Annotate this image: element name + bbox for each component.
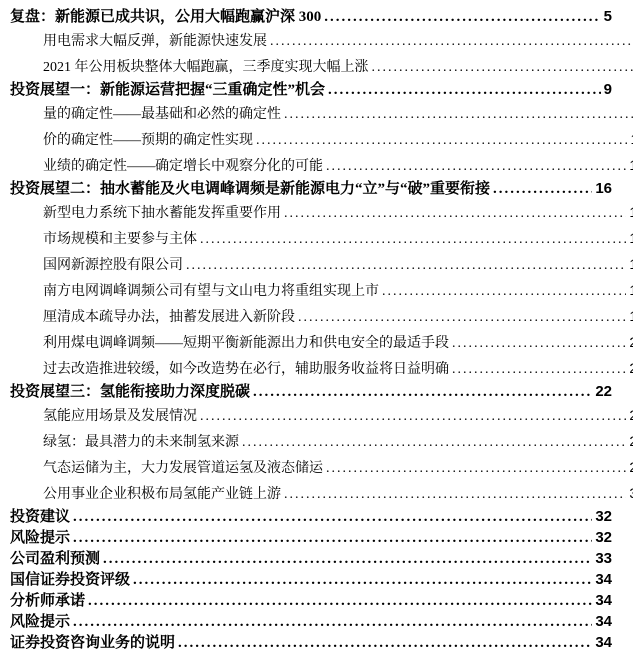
toc-entry[interactable]: 南方电网调峰调频公司有望与文山电力将重组实现上市 19 [10, 277, 633, 303]
toc-page-number: 34 [595, 632, 612, 653]
toc-page-number: 21 [629, 329, 633, 355]
toc-page-number: 13 [629, 152, 633, 178]
toc-dot-leader [178, 633, 592, 654]
toc-entry[interactable]: 价的确定性——预期的确定性实现 11 [10, 126, 633, 152]
toc-page-number: 23 [629, 402, 633, 428]
toc-dot-leader [298, 305, 626, 331]
toc-entry[interactable]: 风险提示 32 [10, 527, 612, 548]
toc-entry-title: 证券投资咨询业务的说明 [10, 633, 175, 654]
toc-page-number: 5 [604, 6, 612, 27]
toc-entry-title: 风险提示 [10, 528, 70, 549]
toc-entry[interactable]: 市场规模和主要参与主体 17 [10, 225, 633, 251]
toc-entry[interactable]: 公用事业企业积极布局氢能产业链上游 30 [10, 480, 633, 506]
toc-page-number: 19 [629, 277, 633, 303]
toc-page-number: 22 [629, 355, 633, 381]
toc-page-number: 32 [595, 506, 612, 527]
toc-entry-title: 公司盈利预测 [10, 549, 100, 570]
toc-dot-leader [242, 430, 626, 456]
toc-entry[interactable]: 气态运储为主，大力发展管道运氢及液态储运 29 [10, 454, 633, 480]
toc-dot-leader [73, 612, 592, 633]
toc-entry-title: 量的确定性——最基础和必然的确定性 [43, 102, 281, 128]
toc-dot-leader [186, 253, 626, 279]
toc-page-number: 16 [629, 199, 633, 225]
toc-entry-title: 新型电力系统下抽水蓄能发挥重要作用 [43, 201, 281, 227]
toc-entry[interactable]: 国信证券投资评级 34 [10, 569, 612, 590]
toc-page-number: 9 [604, 79, 612, 100]
toc-entry[interactable]: 国网新源控股有限公司 18 [10, 251, 633, 277]
toc-entry[interactable]: 公司盈利预测 33 [10, 548, 612, 569]
table-of-contents: 复盘：新能源已成共识，公用大幅跑赢沪深 300 5 用电需求大幅反弹，新能源快速… [10, 6, 612, 653]
toc-dot-leader [256, 128, 627, 154]
toc-entry-title: 厘清成本疏导办法，抽蓄发展进入新阶段 [43, 305, 295, 331]
toc-entry-title: 价的确定性——预期的确定性实现 [43, 128, 253, 154]
toc-page-number: 16 [595, 178, 612, 199]
toc-entry-title: 复盘：新能源已成共识，公用大幅跑赢沪深 300 [10, 7, 321, 28]
toc-dot-leader [200, 227, 626, 253]
toc-entry[interactable]: 投资展望三：氢能衔接助力深度脱碳 22 [10, 381, 612, 402]
toc-entry-title: 投资展望一：新能源运营把握“三重确定性”机会 [10, 80, 325, 101]
toc-entry-title: 利用煤电调峰调频——短期平衡新能源出力和供电安全的最适手段 [43, 331, 449, 357]
toc-entry[interactable]: 复盘：新能源已成共识，公用大幅跑赢沪深 300 5 [10, 6, 612, 27]
toc-page-number: 34 [595, 611, 612, 632]
toc-dot-leader [324, 7, 600, 28]
toc-dot-leader [382, 279, 626, 305]
toc-entry[interactable]: 业绩的确定性——确定增长中观察分化的可能 13 [10, 152, 633, 178]
toc-entry[interactable]: 过去改造推进较缓，如今改造势在必行，辅助服务收益将日益明确 22 [10, 355, 633, 381]
toc-dot-leader [284, 482, 626, 508]
toc-entry[interactable]: 利用煤电调峰调频——短期平衡新能源出力和供电安全的最适手段 21 [10, 329, 633, 355]
toc-dot-leader [372, 55, 633, 81]
toc-entry-title: 气态运储为主，大力发展管道运氢及液态储运 [43, 456, 323, 482]
toc-entry-title: 南方电网调峰调频公司有望与文山电力将重组实现上市 [43, 279, 379, 305]
toc-page-number: 32 [595, 527, 612, 548]
toc-entry-title: 2021 年公用板块整体大幅跑赢，三季度实现大幅上涨 [43, 55, 369, 81]
toc-dot-leader [326, 154, 626, 180]
toc-entry[interactable]: 风险提示 34 [10, 611, 612, 632]
toc-page-number: 19 [629, 303, 633, 329]
toc-dot-leader [88, 591, 592, 612]
toc-page-number: 34 [595, 590, 612, 611]
toc-entry-title: 国信证券投资评级 [10, 570, 130, 591]
toc-page-number: 34 [595, 569, 612, 590]
toc-entry-title: 分析师承诺 [10, 591, 85, 612]
toc-entry-title: 风险提示 [10, 612, 70, 633]
toc-page-number: 17 [629, 225, 633, 251]
toc-dot-leader [284, 102, 633, 128]
toc-dot-leader [270, 29, 633, 55]
toc-page-number: 30 [629, 480, 633, 506]
toc-entry-title: 投资展望三：氢能衔接助力深度脱碳 [10, 382, 250, 403]
toc-entry[interactable]: 投资展望一：新能源运营把握“三重确定性”机会 9 [10, 79, 612, 100]
toc-entry[interactable]: 绿氢：最具潜力的未来制氢来源 25 [10, 428, 633, 454]
toc-entry[interactable]: 2021 年公用板块整体大幅跑赢，三季度实现大幅上涨 7 [10, 53, 633, 79]
toc-dot-leader [73, 507, 592, 528]
toc-entry[interactable]: 投资展望二：抽水蓄能及火电调峰调频是新能源电力“立”与“破”重要衔接 16 [10, 178, 612, 199]
toc-dot-leader [253, 382, 592, 403]
toc-dot-leader [73, 528, 592, 549]
toc-entry[interactable]: 投资建议 32 [10, 506, 612, 527]
toc-dot-leader [326, 456, 626, 482]
toc-entry-title: 过去改造推进较缓，如今改造势在必行，辅助服务收益将日益明确 [43, 357, 449, 383]
toc-dot-leader [284, 201, 626, 227]
toc-entry-title: 投资建议 [10, 507, 70, 528]
toc-entry-title: 市场规模和主要参与主体 [43, 227, 197, 253]
toc-entry[interactable]: 证券投资咨询业务的说明 34 [10, 632, 612, 653]
toc-entry-title: 用电需求大幅反弹，新能源快速发展 [43, 29, 267, 55]
toc-entry-title: 氢能应用场景及发展情况 [43, 404, 197, 430]
toc-dot-leader [452, 331, 626, 357]
toc-entry-title: 公用事业企业积极布局氢能产业链上游 [43, 482, 281, 508]
toc-entry[interactable]: 厘清成本疏导办法，抽蓄发展进入新阶段 19 [10, 303, 633, 329]
toc-dot-leader [103, 549, 592, 570]
toc-dot-leader [493, 179, 592, 200]
toc-page-number: 18 [629, 251, 633, 277]
toc-entry[interactable]: 用电需求大幅反弹，新能源快速发展 5 [10, 27, 633, 53]
toc-entry-title: 投资展望二：抽水蓄能及火电调峰调频是新能源电力“立”与“破”重要衔接 [10, 179, 490, 200]
toc-entry[interactable]: 新型电力系统下抽水蓄能发挥重要作用 16 [10, 199, 633, 225]
toc-entry-title: 业绩的确定性——确定增长中观察分化的可能 [43, 154, 323, 180]
toc-dot-leader [452, 357, 626, 383]
toc-entry[interactable]: 分析师承诺 34 [10, 590, 612, 611]
toc-dot-leader [328, 80, 601, 101]
toc-entry-title: 国网新源控股有限公司 [43, 253, 183, 279]
toc-entry[interactable]: 氢能应用场景及发展情况 23 [10, 402, 633, 428]
toc-page-number: 22 [595, 381, 612, 402]
toc-entry[interactable]: 量的确定性——最基础和必然的确定性 9 [10, 100, 633, 126]
toc-page-number: 33 [595, 548, 612, 569]
toc-page-number: 25 [629, 428, 633, 454]
toc-dot-leader [200, 404, 626, 430]
toc-dot-leader [133, 570, 592, 591]
toc-entry-title: 绿氢：最具潜力的未来制氢来源 [43, 430, 239, 456]
toc-page-number: 29 [629, 454, 633, 480]
